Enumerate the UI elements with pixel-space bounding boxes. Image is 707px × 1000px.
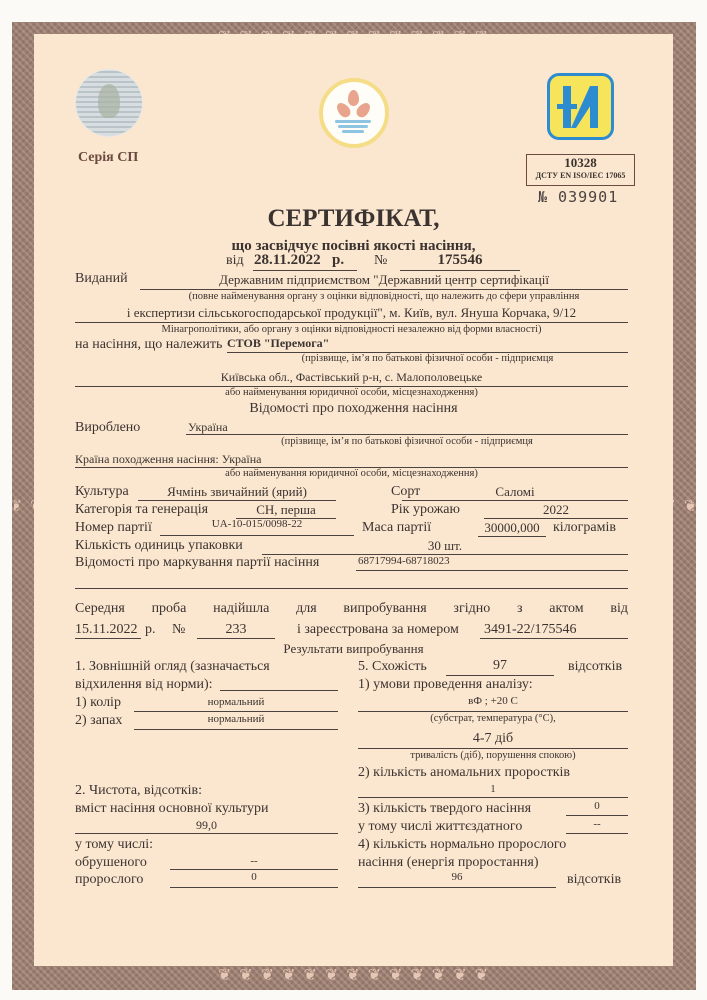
conditions-value: вФ ; +20 С <box>358 695 628 707</box>
color-value: нормальний <box>134 696 338 708</box>
appearance-label-2: відхилення від норми): <box>75 677 213 693</box>
registered-label: і зареєстрована за номером <box>297 622 459 638</box>
viable-label: у тому числі життєздатного <box>358 819 522 835</box>
act-number-label: № <box>172 622 185 638</box>
harvest-year-value: 2022 <box>484 502 628 518</box>
packages-value: 30 шт. <box>262 538 628 554</box>
mass-unit: кілограмів <box>553 520 616 536</box>
accreditation-mark-icon <box>550 76 611 137</box>
owner-address: Київська обл., Фастівський р-н, с. Малоп… <box>75 370 628 385</box>
sprouted-value: 0 <box>170 871 338 883</box>
hard-seeds-value: 0 <box>566 800 628 812</box>
lot-number-label: Номер партії <box>75 520 152 536</box>
act-date: 15.11.2022 <box>75 622 137 638</box>
purity-label: 2. Чистота, відсотків: <box>75 783 202 799</box>
hulled-value: -- <box>170 855 338 867</box>
packages-label: Кількість одиниць упаковки <box>75 538 243 554</box>
registered-number: 3491-22/175546 <box>484 622 577 638</box>
main-crop-label: вміст насіння основної культури <box>75 801 268 817</box>
issue-date: 28.11.2022 <box>254 252 321 269</box>
normal-unit: відсотків <box>567 872 621 888</box>
germination-unit: відсотків <box>568 659 622 675</box>
issued-by-hint1: (повне найменування органу з оцінки відп… <box>140 291 628 302</box>
hologram-seal-icon <box>76 70 142 136</box>
national-accreditation-logo-icon <box>547 73 614 140</box>
conditions-label: 1) умови проведення аналізу: <box>358 677 533 693</box>
smell-label: 2) запах <box>75 713 122 729</box>
owner-hint1: (прізвище, ім’я по батькові фізичної осо… <box>227 353 628 364</box>
main-crop-value: 99,0 <box>75 818 338 833</box>
conditions-hint: (субстрат, температура (°С), <box>358 713 628 724</box>
results-heading: Результати випробування <box>0 641 707 657</box>
hard-seeds-label: 3) кількість твердого насіння <box>358 801 531 817</box>
germination-value: 97 <box>446 658 554 674</box>
owner-hint2: або найменування юридичної особи, місцез… <box>75 387 628 398</box>
variety-value: Саломі <box>402 484 628 500</box>
act-year-suffix: р. <box>145 622 156 638</box>
marking-label: Відомості про маркування партії насіння <box>75 555 319 571</box>
abnormal-label: 2) кількість аномальних проростків <box>358 765 570 781</box>
certificate-subtitle: що засвідчує посівні якості насіння, <box>0 238 707 255</box>
produced-value: Україна <box>188 420 228 435</box>
category-value: СН, перша <box>236 502 336 518</box>
serial-number: № 039901 <box>538 188 618 206</box>
sprouted-label: пророслого <box>75 872 143 888</box>
normal-label-1: 4) кількість нормально пророслого <box>358 837 566 853</box>
plant-emblem-icon <box>319 78 389 148</box>
viable-value: -- <box>566 818 628 830</box>
lot-number-value: UA-10-015/0098-22 <box>160 518 354 530</box>
issue-from-label: від <box>226 253 244 269</box>
accreditation-number: 10328 <box>527 156 634 170</box>
duration-value: 4-7 діб <box>358 731 628 747</box>
appearance-label-1: 1. Зовнішній огляд (зазначається <box>75 659 270 675</box>
issue-year-suffix: р. <box>332 252 344 269</box>
issued-by-line2: і експертизи сільськогосподарської проду… <box>75 305 628 321</box>
accreditation-standard: ДСТУ EN ISO/IEC 17065 <box>527 170 634 182</box>
origin-heading: Відомості про походження насіння <box>0 401 707 417</box>
crop-label: Культура <box>75 484 129 500</box>
origin-hint2: або найменування юридичної особи, місцез… <box>75 468 628 479</box>
issued-by-hint2: Мінагрополітики, або органу з оцінки від… <box>75 324 628 335</box>
issued-by-label: Виданий <box>75 271 128 287</box>
country-label: Країна походження насіння: <box>75 452 219 466</box>
owner-label: на насіння, що належить <box>75 337 222 353</box>
category-label: Категорія та генерація <box>75 502 208 518</box>
harvest-year-label: Рік урожаю <box>391 502 460 518</box>
origin-hint1: (прізвище, ім’я по батькові фізичної осо… <box>186 436 628 447</box>
color-label: 1) колір <box>75 695 121 711</box>
normal-value: 96 <box>358 871 556 883</box>
duration-hint: тривалість (діб), порушення спокою) <box>358 750 628 761</box>
crop-value: Ячмінь звичайний (ярий) <box>138 484 336 500</box>
mass-value: 30000,000 <box>478 520 546 536</box>
country-of-origin-row: Країна походження насіння: Україна <box>75 452 261 467</box>
abnormal-value: 1 <box>358 783 628 795</box>
including-label: у тому числі: <box>75 837 153 853</box>
smell-value: нормальний <box>134 713 338 725</box>
act-number: 233 <box>197 622 275 638</box>
series-label: Серія СП <box>78 150 138 166</box>
hulled-label: обрушеного <box>75 855 147 871</box>
issued-by-line1: Державним підприємством "Державний центр… <box>140 272 628 288</box>
germination-label: 5. Схожість <box>358 659 427 675</box>
issue-number: 175546 <box>400 252 520 269</box>
marking-value: 68717994-68718023 <box>358 555 450 567</box>
mass-label: Маса партії <box>362 520 431 536</box>
sample-sentence: Середня проба надійшла для випробування … <box>75 601 628 617</box>
certificate-title: СЕРТИФІКАТ, <box>0 205 707 233</box>
produced-label: Вироблено <box>75 420 140 436</box>
country-value: Україна <box>222 452 262 466</box>
issue-number-label: № <box>374 253 387 269</box>
normal-label-2: насіння (енергія проростання) <box>358 855 539 871</box>
accreditation-box: 10328 ДСТУ EN ISO/IEC 17065 <box>526 154 635 186</box>
owner-name: СТОВ "Перемога" <box>227 336 329 351</box>
